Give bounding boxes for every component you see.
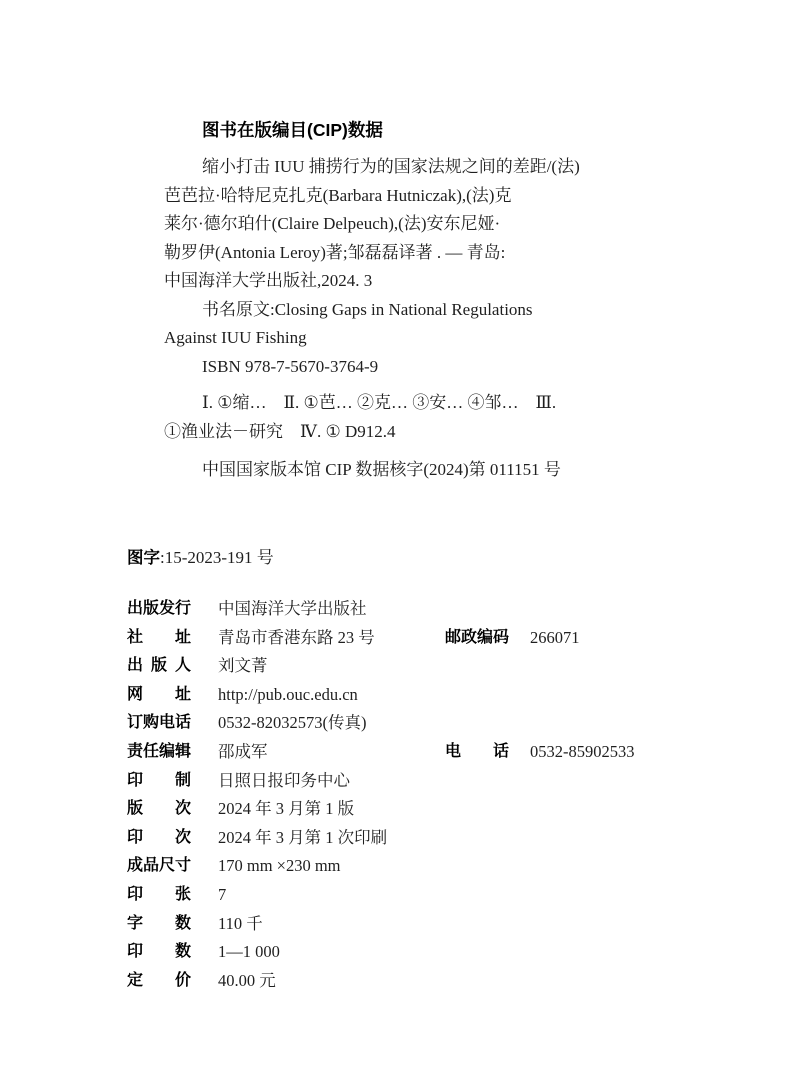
colophon-row-order-phone: 订购电话0532-82032573(传真) (127, 709, 727, 738)
colophon-row-address: 社址青岛市香港东路 23 号 邮政编码 266071 (127, 624, 727, 653)
cip-class-line: ①渔业法－研究 Ⅳ. ① D912.4 (164, 418, 704, 447)
row-label: 字数 (127, 910, 191, 939)
cip-record-number: 中国国家版本馆 CIP 数据核字(2024)第 011151 号 (164, 456, 704, 485)
row-value: 1—1 000 (218, 942, 280, 961)
row-value: 刘文菁 (218, 656, 268, 675)
cip-desc-line: 中国海洋大学出版社,2024. 3 (164, 267, 704, 296)
row-label: 版次 (127, 795, 191, 824)
colophon-row-print-run: 印数1—1 000 (127, 938, 727, 967)
cip-original-title-line: Against IUU Fishing (164, 324, 704, 353)
phone-value: 0532-85902533 (530, 738, 635, 767)
colophon-row-impression: 印次2024 年 3 月第 1 次印刷 (127, 824, 727, 853)
postal-code-label: 邮政编码 (445, 624, 509, 653)
row-value: 邵成军 (218, 742, 268, 761)
row-label: 社址 (127, 624, 191, 653)
isbn-line: ISBN 978-7-5670-3764-9 (164, 353, 704, 382)
cip-description: 缩小打击 IUU 捕捞行为的国家法规之间的差距/(法) 芭芭拉·哈特尼克扎克(B… (164, 153, 704, 381)
row-label: 印次 (127, 824, 191, 853)
row-label: 出版发行 (127, 595, 191, 624)
row-value: 日照日报印务中心 (218, 771, 350, 790)
colophon-row-printer: 印制日照日报印务中心 (127, 767, 727, 796)
cip-desc-line: 缩小打击 IUU 捕捞行为的国家法规之间的差距/(法) (164, 153, 704, 182)
colophon-row-website: 网址http://pub.ouc.edu.cn (127, 681, 727, 710)
row-value: 7 (218, 885, 226, 904)
cip-title: 图书在版编目(CIP)数据 (164, 116, 704, 145)
cip-block: 图书在版编目(CIP)数据 缩小打击 IUU 捕捞行为的国家法规之间的差距/(法… (164, 116, 704, 485)
colophon-row-price: 定价40.00 元 (127, 967, 727, 996)
colophon-row-sheets: 印张7 (127, 881, 727, 910)
colophon-row-size: 成品尺寸170 mm ×230 mm (127, 852, 727, 881)
row-label: 责任编辑 (127, 738, 191, 767)
row-value: 2024 年 3 月第 1 版 (218, 799, 354, 818)
colophon-row-word-count: 字数110 千 (127, 910, 727, 939)
license-number-line: 图字:15-2023-191 号 (127, 544, 274, 573)
colophon-row-edition: 版次2024 年 3 月第 1 版 (127, 795, 727, 824)
license-value: 15-2023-191 号 (165, 548, 274, 567)
cip-desc-line: 芭芭拉·哈特尼克扎克(Barbara Hutniczak),(法)克 (164, 182, 704, 211)
cip-classification: Ⅰ. ①缩… Ⅱ. ①芭… ②克… ③安… ④邹… Ⅲ. ①渔业法－研究 Ⅳ. … (164, 389, 704, 446)
colophon-row-publisher: 出版发行中国海洋大学出版社 (127, 595, 727, 624)
row-label: 出版人 (127, 652, 191, 681)
cip-class-line: Ⅰ. ①缩… Ⅱ. ①芭… ②克… ③安… ④邹… Ⅲ. (164, 389, 704, 418)
row-value: 青岛市香港东路 23 号 (218, 628, 375, 647)
colophon: 出版发行中国海洋大学出版社 社址青岛市香港东路 23 号 邮政编码 266071… (127, 595, 727, 995)
row-label: 印数 (127, 938, 191, 967)
copyright-page: 图书在版编目(CIP)数据 缩小打击 IUU 捕捞行为的国家法规之间的差距/(法… (0, 0, 799, 1082)
postal-code-value: 266071 (530, 624, 580, 653)
cip-original-title-line: 书名原文:Closing Gaps in National Regulation… (164, 296, 704, 325)
row-label: 网址 (127, 681, 191, 710)
row-label: 订购电话 (127, 709, 191, 738)
cip-desc-line: 莱尔·德尔珀什(Claire Delpeuch),(法)安东尼娅· (164, 210, 704, 239)
row-label: 印制 (127, 767, 191, 796)
row-label: 成品尺寸 (127, 852, 191, 881)
license-label: 图字 (127, 549, 160, 567)
phone-label: 电话 (445, 738, 509, 767)
row-label: 定价 (127, 967, 191, 996)
colophon-row-editor: 责任编辑邵成军 电话 0532-85902533 (127, 738, 727, 767)
colophon-row-publisher-person: 出版人刘文菁 (127, 652, 727, 681)
row-value: 40.00 元 (218, 971, 276, 990)
row-value: 2024 年 3 月第 1 次印刷 (218, 828, 387, 847)
row-value: 170 mm ×230 mm (218, 856, 341, 875)
website-url: http://pub.ouc.edu.cn (218, 685, 358, 704)
row-value: 中国海洋大学出版社 (218, 599, 367, 618)
row-value: 110 千 (218, 914, 263, 933)
row-label: 印张 (127, 881, 191, 910)
row-value: 0532-82032573(传真) (218, 713, 366, 732)
cip-desc-line: 勒罗伊(Antonia Leroy)著;邹磊磊译著 . — 青岛: (164, 239, 704, 268)
